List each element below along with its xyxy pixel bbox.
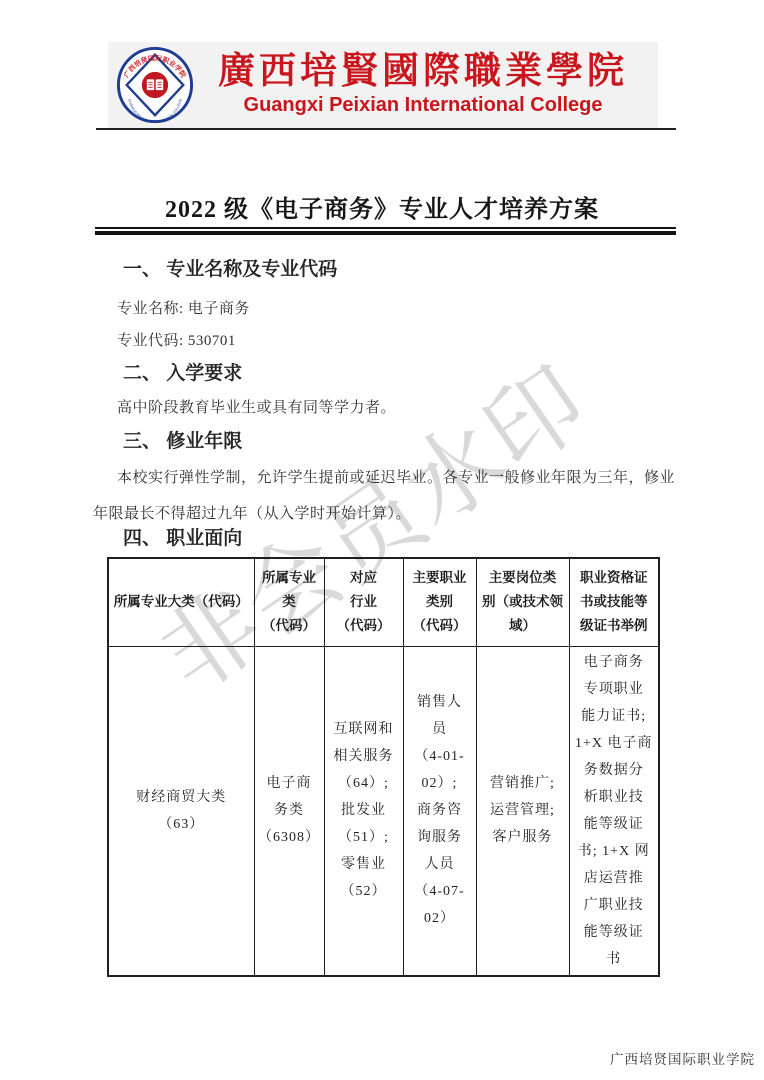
header-occupation-class: 主要职业 类别 （代码） — [403, 558, 476, 646]
cell-certificates: 电子商务 专项职业 能力证书; 1+X 电子商 务数据分 析职业技 能等级证 书… — [569, 646, 659, 976]
study-period-text: 本校实行弹性学制，允许学生提前或延迟毕业。各专业一般修业年限为三年，修业 年限最… — [93, 460, 683, 532]
section-heading-study-period: 三、 修业年限 — [93, 426, 242, 453]
title-divider — [95, 227, 676, 235]
college-name-en: Guangxi Peixian International College — [194, 94, 652, 117]
header-post-class: 主要岗位类 别（或技术领 域） — [476, 558, 569, 646]
college-header: 广西培贤国际职业学院 GUANGXI PEIXIAN INTERNATIONAL… — [108, 42, 658, 128]
document-page: 非会员水印 广西培贤国际职业学院 GUANGXI PEIXIAN INTERNA… — [0, 0, 764, 1080]
page-footer-college-name: 广西培贤国际职业学院 — [610, 1048, 755, 1068]
cell-major-class: 电子商 务类 （6308） — [254, 646, 324, 976]
major-name-line: 专业名称: 电子商务 — [93, 291, 683, 327]
admission-requirement-text: 高中阶段教育毕业生或具有同等学力者。 — [93, 390, 683, 426]
section-heading-admission: 二、 入学要求 — [93, 358, 242, 385]
header-major-class: 所属专业 类 （代码） — [254, 558, 324, 646]
header-major-category: 所属专业大类（代码） — [108, 558, 254, 646]
document-title: 2022 级《电子商务》专业人才培养方案 — [0, 189, 764, 224]
header-industry: 对应 行业 （代码） — [324, 558, 403, 646]
table-header-row: 所属专业大类（代码） 所属专业 类 （代码） 对应 行业 （代码） 主要职业 类… — [108, 558, 659, 646]
logo-center-disc — [142, 72, 168, 98]
career-orientation-table: 所属专业大类（代码） 所属专业 类 （代码） 对应 行业 （代码） 主要职业 类… — [107, 557, 660, 977]
section-heading-major-name: 一、 专业名称及专业代码 — [93, 254, 337, 281]
header-divider — [96, 128, 676, 130]
cell-occupation-class: 销售人 员 （4-01- 02）; 商务咨 询服务 人员 （4-07- 02） — [403, 646, 476, 976]
title-divider-thick-bar — [95, 231, 676, 235]
cell-major-category: 财经商贸大类 （63） — [108, 646, 254, 976]
header-certificates: 职业资格证 书或技能等 级证书举例 — [569, 558, 659, 646]
college-logo-icon: 广西培贤国际职业学院 GUANGXI PEIXIAN INTERNATIONAL… — [116, 44, 194, 126]
major-code-line: 专业代码: 530701 — [93, 323, 683, 359]
college-name-block: 廣西培賢國際職業學院 Guangxi Peixian International… — [194, 53, 658, 118]
cell-post-class: 营销推广; 运营管理; 客户服务 — [476, 646, 569, 976]
section-heading-career: 四、 职业面向 — [93, 523, 242, 550]
college-name-zh: 廣西培賢國際職業學院 — [194, 53, 652, 92]
cell-industry: 互联网和 相关服务 （64）; 批发业 （51）; 零售业 （52） — [324, 646, 403, 976]
table-row: 财经商贸大类 （63） 电子商 务类 （6308） 互联网和 相关服务 （64）… — [108, 646, 659, 976]
